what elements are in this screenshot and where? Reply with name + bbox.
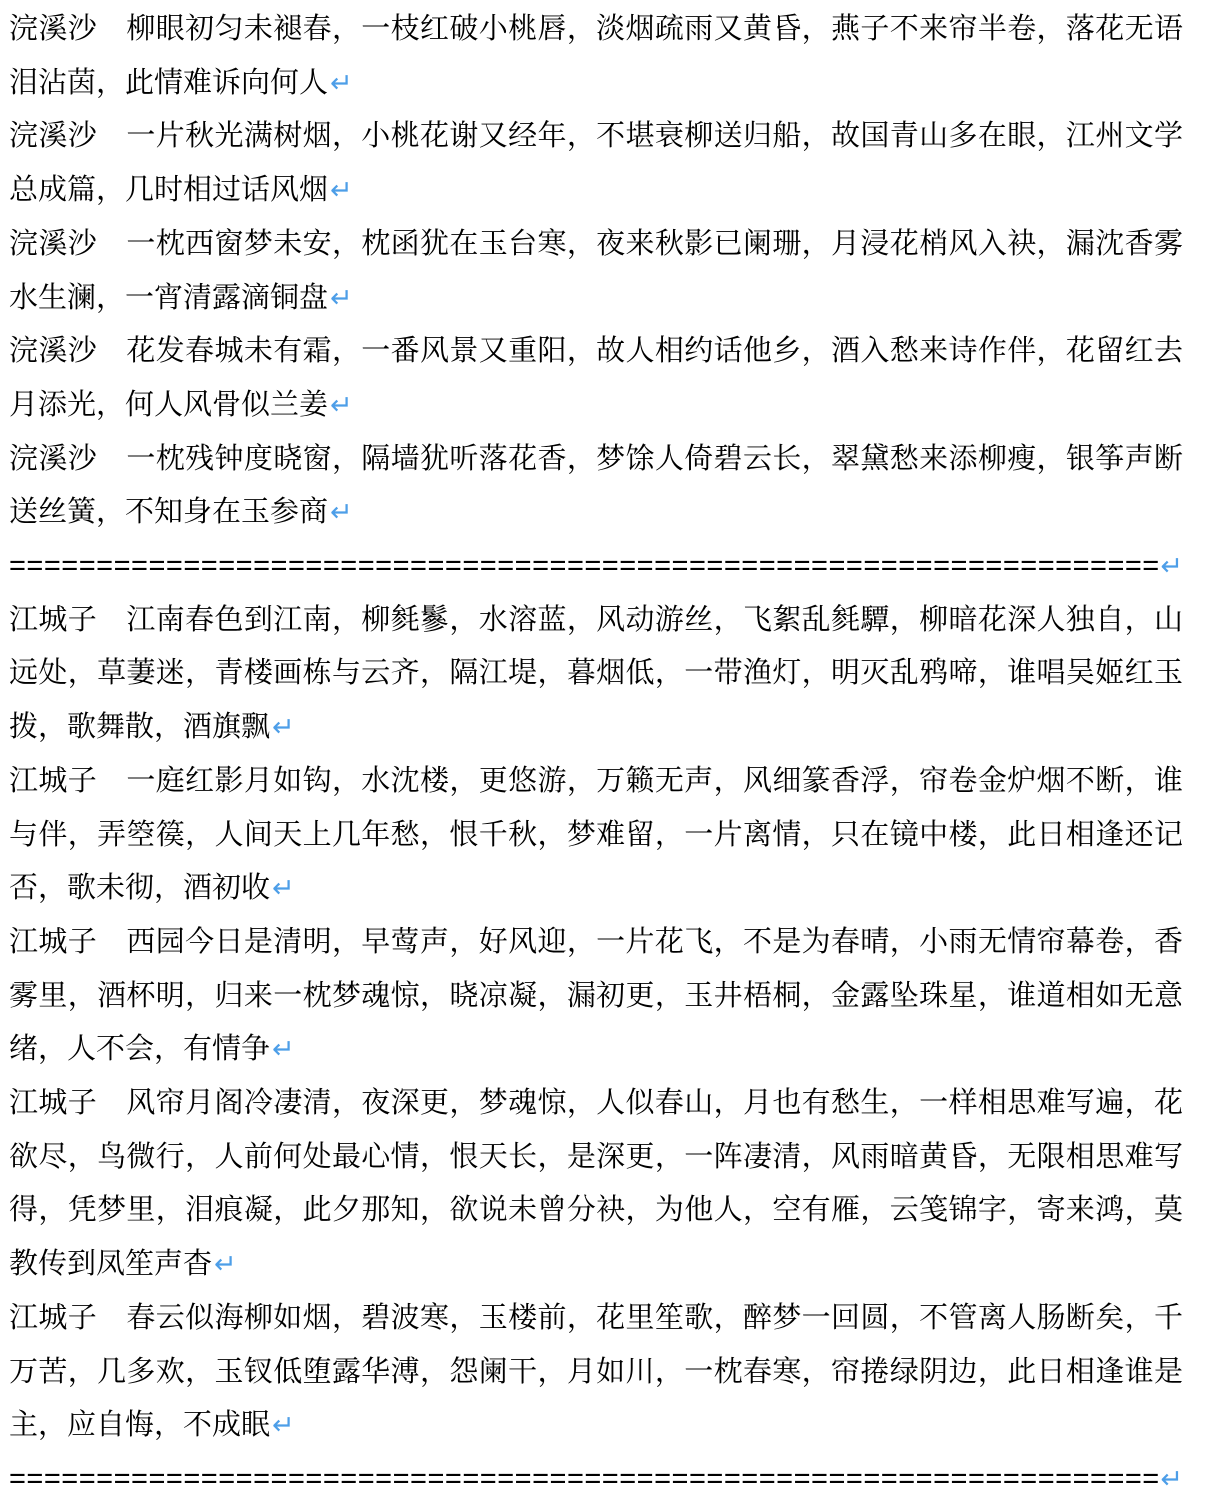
poem-text: 江城子 江南春色到江南，柳毵鬖，水溶蓝，风动游丝，飞絮乱毵驔，柳暗花深人独自，山… [9,604,1183,743]
poem-text: 浣溪沙 一枕西窗梦未安，枕函犹在玉台寒，夜来秋影已阑珊，月浸花梢风入袂，漏沈香雾… [9,228,1183,314]
return-mark-icon: ↵ [272,1034,295,1065]
poem-text: 江城子 西园今日是清明，早莺声，好风迎，一片花飞，不是为春晴，小雨无情帘幕卷，香… [9,926,1183,1065]
poem-text: 浣溪沙 花发春城未有霜，一番风景又重阳，故人相约话他乡，酒入愁来诗作伴，花留红去… [9,335,1183,421]
return-mark-icon: ↵ [214,1249,237,1280]
separator-line[interactable]: ========================================… [9,1453,1183,1507]
poem-text: 江城子 一庭红影月如钩，水沈楼，更悠游，万籁无声，风细篆香浮，帘卷金炉烟不断，谁… [9,765,1183,904]
return-mark-icon: ↵ [1160,540,1183,594]
return-mark-icon: ↵ [272,873,295,904]
return-mark-icon: ↵ [330,390,353,421]
poem-paragraph[interactable]: 浣溪沙 柳眼初匀未褪春，一枝红破小桃唇，淡烟疏雨又黄昏，燕子不来帘半卷，落花无语… [9,3,1183,110]
return-mark-icon: ↵ [330,283,353,314]
poem-paragraph[interactable]: 浣溪沙 一片秋光满树烟，小桃花谢又经年，不堪衰柳送归船，故国青山多在眼，江州文学… [9,110,1183,217]
text-document: 浣溪沙 柳眼初匀未褪春，一枝红破小桃唇，淡烟疏雨又黄昏，燕子不来帘半卷，落花无语… [0,0,1206,1507]
poem-text: 浣溪沙 一片秋光满树烟，小桃花谢又经年，不堪衰柳送归船，故国青山多在眼，江州文学… [9,120,1183,206]
return-mark-icon: ↵ [330,497,353,528]
poem-paragraph[interactable]: 江城子 风帘月阁冷凄清，夜深更，梦魂惊，人似春山，月也有愁生，一样相思难写遍，花… [9,1077,1183,1292]
poem-text: 浣溪沙 柳眼初匀未褪春，一枝红破小桃唇，淡烟疏雨又黄昏，燕子不来帘半卷，落花无语… [9,13,1183,99]
poem-paragraph[interactable]: 浣溪沙 一枕西窗梦未安，枕函犹在玉台寒，夜来秋影已阑珊，月浸花梢风入袂，漏沈香雾… [9,218,1183,325]
separator-equals: ========================================… [9,540,1158,594]
poem-paragraph[interactable]: 江城子 江南春色到江南，柳毵鬖，水溶蓝，风动游丝，飞絮乱毵驔，柳暗花深人独自，山… [9,594,1183,755]
poem-text: 江城子 春云似海柳如烟，碧波寒，玉楼前，花里笙歌，醉梦一回圆，不管离人肠断矣，千… [9,1302,1183,1441]
return-mark-icon: ↵ [272,1410,295,1441]
poem-paragraph[interactable]: 江城子 西园今日是清明，早莺声，好风迎，一片花飞，不是为春晴，小雨无情帘幕卷，香… [9,916,1183,1077]
return-mark-icon: ↵ [330,175,353,206]
poem-paragraph[interactable]: 浣溪沙 花发春城未有霜，一番风景又重阳，故人相约话他乡，酒入愁来诗作伴，花留红去… [9,325,1183,432]
separator-equals: ========================================… [9,1453,1158,1507]
poem-paragraph[interactable]: 江城子 春云似海柳如烟，碧波寒，玉楼前，花里笙歌，醉梦一回圆，不管离人肠断矣，千… [9,1292,1183,1453]
poem-paragraph[interactable]: 浣溪沙 一枕残钟度晓窗，隔墙犹听落花香，梦馀人倚碧云长，翠黛愁来添柳瘦，银筝声断… [9,433,1183,540]
poem-text: 江城子 风帘月阁冷凄清，夜深更，梦魂惊，人似春山，月也有愁生，一样相思难写遍，花… [9,1087,1183,1280]
poem-paragraph[interactable]: 江城子 一庭红影月如钩，水沈楼，更悠游，万籁无声，风细篆香浮，帘卷金炉烟不断，谁… [9,755,1183,916]
poem-text: 浣溪沙 一枕残钟度晓窗，隔墙犹听落花香，梦馀人倚碧云长，翠黛愁来添柳瘦，银筝声断… [9,443,1183,529]
separator-line[interactable]: ========================================… [9,540,1183,594]
return-mark-icon: ↵ [1160,1453,1183,1507]
return-mark-icon: ↵ [272,712,295,743]
return-mark-icon: ↵ [330,68,353,99]
